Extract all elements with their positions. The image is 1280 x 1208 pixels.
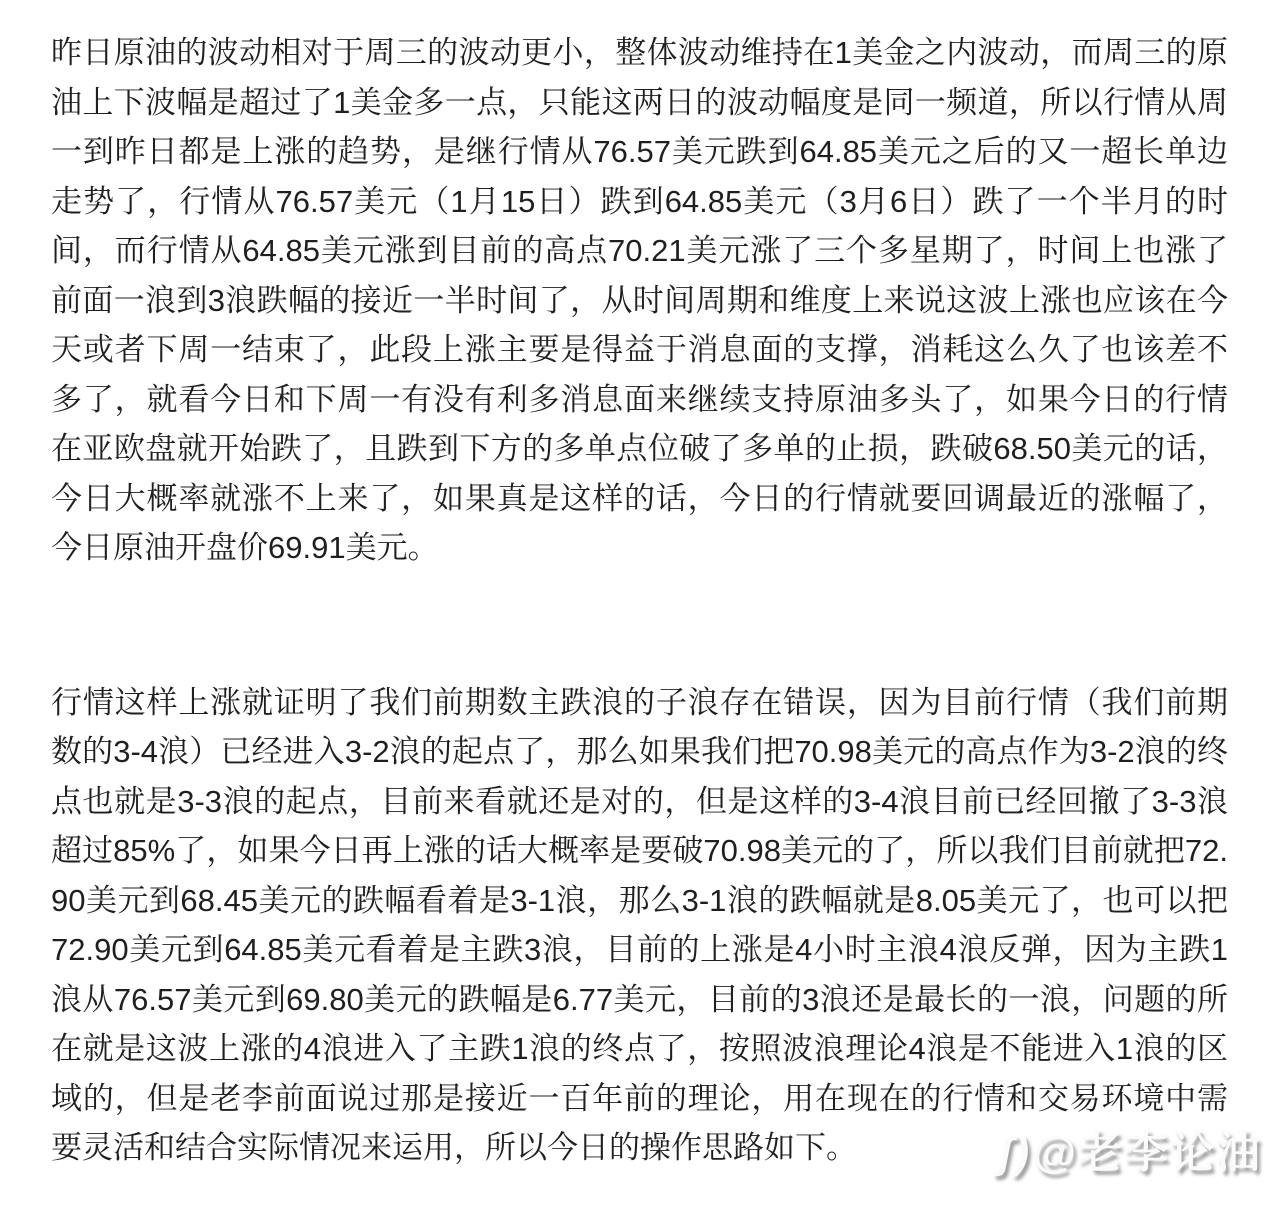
watermark-handle: @老李论油 [1033,1128,1262,1177]
brand-logo-icon: ʃ) [998,1128,1031,1177]
paragraph-wave-analysis: 行情这样上涨就证明了我们前期数主跌浪的子浪存在错误，因为目前行情（我们前期数的3… [51,678,1228,1173]
document-page: 昨日原油的波动相对于周三的波动更小，整体波动维持在1美金之内波动，而周三的原油上… [0,0,1280,1208]
watermark: ʃ)@老李论油 [998,1116,1262,1180]
paragraph-market-review: 昨日原油的波动相对于周三的波动更小，整体波动维持在1美金之内波动，而周三的原油上… [51,28,1228,573]
article-body: 昨日原油的波动相对于周三的波动更小，整体波动维持在1美金之内波动，而周三的原油上… [51,28,1228,1173]
